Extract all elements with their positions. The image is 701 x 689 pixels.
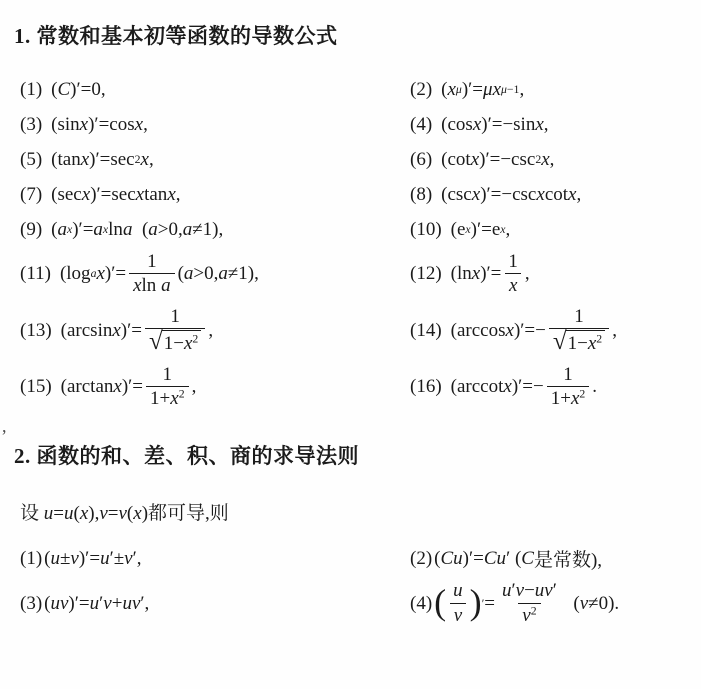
item-number: (3) bbox=[20, 593, 42, 615]
sec1-row-5: (9)(ax)′=axln a (a>0,a≠1),(10)(ex)′=ex, bbox=[20, 216, 693, 243]
formula-expression: (logax)′=1xln a (a>0,a≠1), bbox=[60, 251, 259, 298]
item-number: (16) bbox=[410, 376, 442, 398]
item-number: (8) bbox=[410, 184, 432, 206]
formula-expression: (ln x)′=1x, bbox=[451, 251, 530, 298]
sec1-row-2: (3)(sin x)′=cos x,(4)(cos x)′=−sin x, bbox=[20, 111, 693, 138]
textbook-page: 1. 常数和基本初等函数的导数公式 (1)(C)′=0,(2)(xμ)′=μxμ… bbox=[0, 0, 701, 627]
formula-expression: (Cu)′=Cu′ (C 是常数), bbox=[434, 545, 602, 572]
item-number: (14) bbox=[410, 320, 442, 342]
sec1-formula-10: (10)(ex)′=ex, bbox=[410, 219, 510, 241]
formula-expression: (arcsin x)′=1√1−x2, bbox=[61, 306, 213, 356]
sec1-formula-11: (11)(logax)′=1xln a (a>0,a≠1), bbox=[20, 251, 410, 298]
item-number: (2) bbox=[410, 79, 432, 101]
sec1-row-3: (5)(tan x)′=sec2x,(6)(cot x)′=−csc2x, bbox=[20, 146, 693, 173]
radical-sign-icon: √ bbox=[149, 330, 163, 354]
sec1-formula-5: (5)(tan x)′=sec2x, bbox=[20, 149, 410, 171]
sec2-formula-4: (4)(uv)′=u′v−uv′v2 (v≠0). bbox=[410, 580, 619, 627]
section-1-formula-list: (1)(C)′=0,(2)(xμ)′=μxμ−1,(3)(sin x)′=cos… bbox=[20, 76, 693, 410]
item-number: (6) bbox=[410, 149, 432, 171]
sec1-formula-8: (8)(csc x)′=−csc xcot x, bbox=[410, 184, 581, 206]
sec1-row-6: (11)(logax)′=1xln a (a>0,a≠1),(12)(ln x)… bbox=[20, 251, 693, 298]
sec1-formula-7: (7)(sec x)′=sec xtan x, bbox=[20, 184, 410, 206]
formula-expression: (uv)′=u′v−uv′v2 (v≠0). bbox=[434, 580, 619, 627]
sec2-row-2: (3)(uv)′=u′v+uv′,(4)(uv)′=u′v−uv′v2 (v≠0… bbox=[20, 580, 693, 627]
formula-expression: (xμ)′=μxμ−1, bbox=[441, 79, 524, 101]
formula-expression: (uv)′=u′v+uv′, bbox=[44, 593, 149, 615]
sec1-row-8: (15)(arctan x)′=11+x2,(16)(arccot x)′=−1… bbox=[20, 364, 693, 411]
formula-expression: (arctan x)′=11+x2, bbox=[61, 364, 197, 411]
sec2-row-1: (1)(u±v)′=u′±v′,(2)(Cu)′=Cu′ (C 是常数), bbox=[20, 545, 693, 572]
scan-artifact-mark: , bbox=[2, 416, 7, 437]
formula-expression: (sin x)′=cos x, bbox=[51, 114, 148, 136]
item-number: (2) bbox=[410, 548, 432, 570]
item-number: (13) bbox=[20, 320, 52, 342]
sec2-formula-3: (3)(uv)′=u′v+uv′, bbox=[20, 593, 410, 615]
sec1-formula-15: (15)(arctan x)′=11+x2, bbox=[20, 364, 410, 411]
radical-sign-icon: √ bbox=[553, 330, 567, 354]
sec1-formula-1: (1)(C)′=0, bbox=[20, 79, 410, 101]
section-2-intro-line: 设 u=u(x),v=v(x)都可导,则 bbox=[20, 498, 693, 525]
item-number: (9) bbox=[20, 219, 42, 241]
formula-expression: (sec x)′=sec xtan x, bbox=[51, 184, 180, 206]
item-number: (10) bbox=[410, 219, 442, 241]
sec1-row-4: (7)(sec x)′=sec xtan x,(8)(csc x)′=−csc … bbox=[20, 181, 693, 208]
item-number: (4) bbox=[410, 593, 432, 615]
formula-expression: (cos x)′=−sin x, bbox=[441, 114, 548, 136]
formula-expression: (C)′=0, bbox=[51, 79, 105, 101]
sec1-formula-3: (3)(sin x)′=cos x, bbox=[20, 114, 410, 136]
sec1-formula-14: (14)(arccos x)′=−1√1−x2, bbox=[410, 306, 617, 356]
section-2-title: 2. 函数的和、差、积、商的求导法则 bbox=[14, 440, 693, 470]
item-number: (12) bbox=[410, 263, 442, 285]
item-number: (1) bbox=[20, 79, 42, 101]
item-number: (4) bbox=[410, 114, 432, 136]
scanned-textbook-page: { "page": { "background": "#fefefe", "in… bbox=[0, 0, 701, 689]
sec1-formula-9: (9)(ax)′=axln a (a>0,a≠1), bbox=[20, 219, 410, 241]
item-number: (7) bbox=[20, 184, 42, 206]
sec1-row-7: (13)(arcsin x)′=1√1−x2,(14)(arccos x)′=−… bbox=[20, 306, 693, 356]
sec1-formula-16: (16)(arccot x)′=−11+x2. bbox=[410, 364, 597, 411]
formula-expression: (cot x)′=−csc2x, bbox=[441, 149, 554, 171]
sec1-formula-12: (12)(ln x)′=1x, bbox=[410, 251, 530, 298]
item-number: (3) bbox=[20, 114, 42, 136]
item-number: (1) bbox=[20, 548, 42, 570]
sec1-formula-13: (13)(arcsin x)′=1√1−x2, bbox=[20, 306, 410, 356]
formula-expression: (csc x)′=−csc xcot x, bbox=[441, 184, 581, 206]
sec1-formula-2: (2)(xμ)′=μxμ−1, bbox=[410, 79, 524, 101]
formula-expression: (u±v)′=u′±v′, bbox=[44, 548, 141, 570]
sec1-formula-6: (6)(cot x)′=−csc2x, bbox=[410, 149, 554, 171]
item-number: (11) bbox=[20, 263, 51, 285]
formula-expression: (tan x)′=sec2x, bbox=[51, 149, 154, 171]
formula-expression: (ax)′=axln a (a>0,a≠1), bbox=[51, 219, 223, 241]
formula-expression: (arccot x)′=−11+x2. bbox=[451, 364, 597, 411]
item-number: (15) bbox=[20, 376, 52, 398]
sec1-row-1: (1)(C)′=0,(2)(xμ)′=μxμ−1, bbox=[20, 76, 693, 103]
formula-expression: (arccos x)′=−1√1−x2, bbox=[451, 306, 617, 356]
sec2-formula-2: (2)(Cu)′=Cu′ (C 是常数), bbox=[410, 545, 602, 572]
section-2-formula-list: (1)(u±v)′=u′±v′,(2)(Cu)′=Cu′ (C 是常数),(3)… bbox=[20, 545, 693, 627]
sec1-formula-4: (4)(cos x)′=−sin x, bbox=[410, 114, 549, 136]
sec2-formula-1: (1)(u±v)′=u′±v′, bbox=[20, 548, 410, 570]
formula-expression: (ex)′=ex, bbox=[451, 219, 511, 241]
item-number: (5) bbox=[20, 149, 42, 171]
section-1-title: 1. 常数和基本初等函数的导数公式 bbox=[14, 20, 693, 50]
